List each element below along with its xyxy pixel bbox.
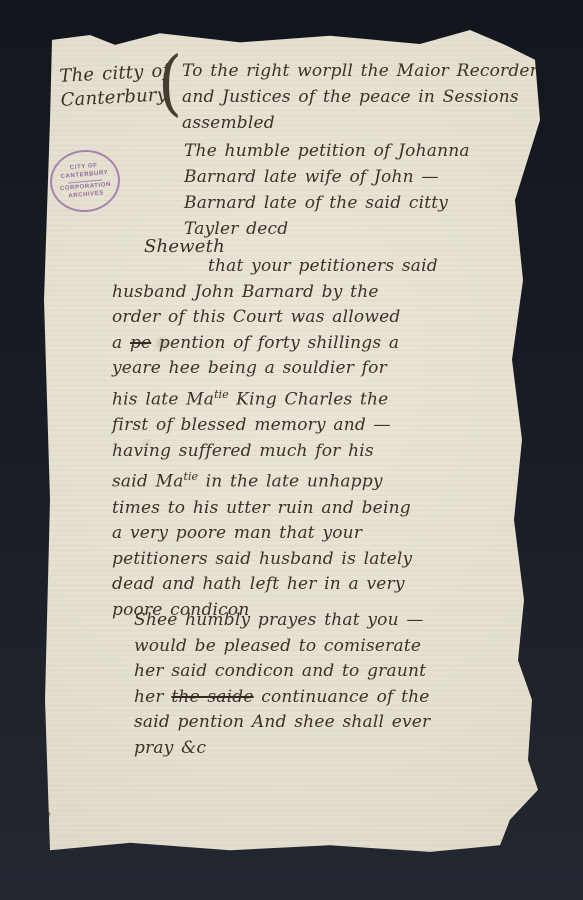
prayer-line: said pention And shee shall ever [134, 710, 430, 736]
struck-word: pe [130, 333, 151, 353]
address-line: and Justices of the peace in Sessions [182, 84, 538, 110]
struck-words: the saide [171, 687, 253, 707]
body-line: husband John Barnard by the [112, 280, 438, 306]
body-line: having suffered much for his [112, 439, 438, 465]
address-line: assembled [182, 110, 538, 136]
body-line: petitioners said husband is lately [112, 547, 438, 573]
photo-background: The citty of Canterbury ( To the right w… [0, 0, 583, 900]
stray-pen-mark [45, 812, 50, 823]
body-text: a [112, 333, 130, 353]
body-text: his late Ma [112, 390, 214, 410]
petition-title: The humble petition of Johanna Barnard l… [184, 138, 470, 242]
archive-stamp: CITY OF CANTERBURY CORPORATION ARCHIVES [47, 147, 122, 215]
superscript-abbrev: tie [214, 388, 228, 401]
body-line: order of this Court was allowed [112, 305, 438, 331]
heading-address: To the right worpll the Maior Recorder a… [182, 58, 538, 136]
body-text: said Ma [112, 472, 184, 492]
title-line: Barnard late of the said citty [184, 190, 470, 216]
title-line: Barnard late wife of John — [184, 164, 470, 190]
body-line: a pe pention of forty shillings a [112, 331, 438, 357]
address-line: To the right worpll the Maior Recorder [182, 58, 538, 84]
body-line: a very poore man that your [112, 521, 438, 547]
manuscript-page: The citty of Canterbury ( To the right w… [42, 30, 542, 856]
body-line: that your petitioners said [112, 254, 438, 280]
body-text: King Charles the [229, 390, 389, 410]
prayer-text: continuance of the [254, 687, 430, 707]
body-line: his late Matie King Charles the [112, 382, 438, 413]
body-line: dead and hath left her in a very [112, 572, 438, 598]
prayer-line: Shee humbly prayes that you — [134, 608, 430, 634]
body-line: yeare hee being a souldier for [112, 356, 438, 382]
place-line: Canterbury [60, 83, 171, 113]
body-line: said Matie in the late unhappy [112, 464, 438, 495]
body-text: pention of forty shillings a [151, 333, 399, 353]
petition-body: that your petitioners said husband John … [112, 254, 438, 624]
prayer-text: her [134, 687, 171, 707]
body-text: in the late unhappy [198, 472, 383, 492]
brace-mark: ( [158, 47, 182, 118]
title-line: Tayler decd [184, 216, 470, 242]
petition-prayer: Shee humbly prayes that you — would be p… [134, 608, 430, 761]
superscript-abbrev: tie [184, 470, 198, 483]
body-line: first of blessed memory and — [112, 413, 438, 439]
heading-place: The citty of Canterbury [59, 59, 171, 113]
prayer-line: pray &c [134, 736, 430, 762]
prayer-line: her said condicon and to graunt [134, 659, 430, 685]
body-line: times to his utter ruin and being [112, 496, 438, 522]
title-line: The humble petition of Johanna [184, 138, 470, 164]
prayer-line: would be pleased to comiserate [134, 634, 430, 660]
prayer-line: her the saide continuance of the [134, 685, 430, 711]
